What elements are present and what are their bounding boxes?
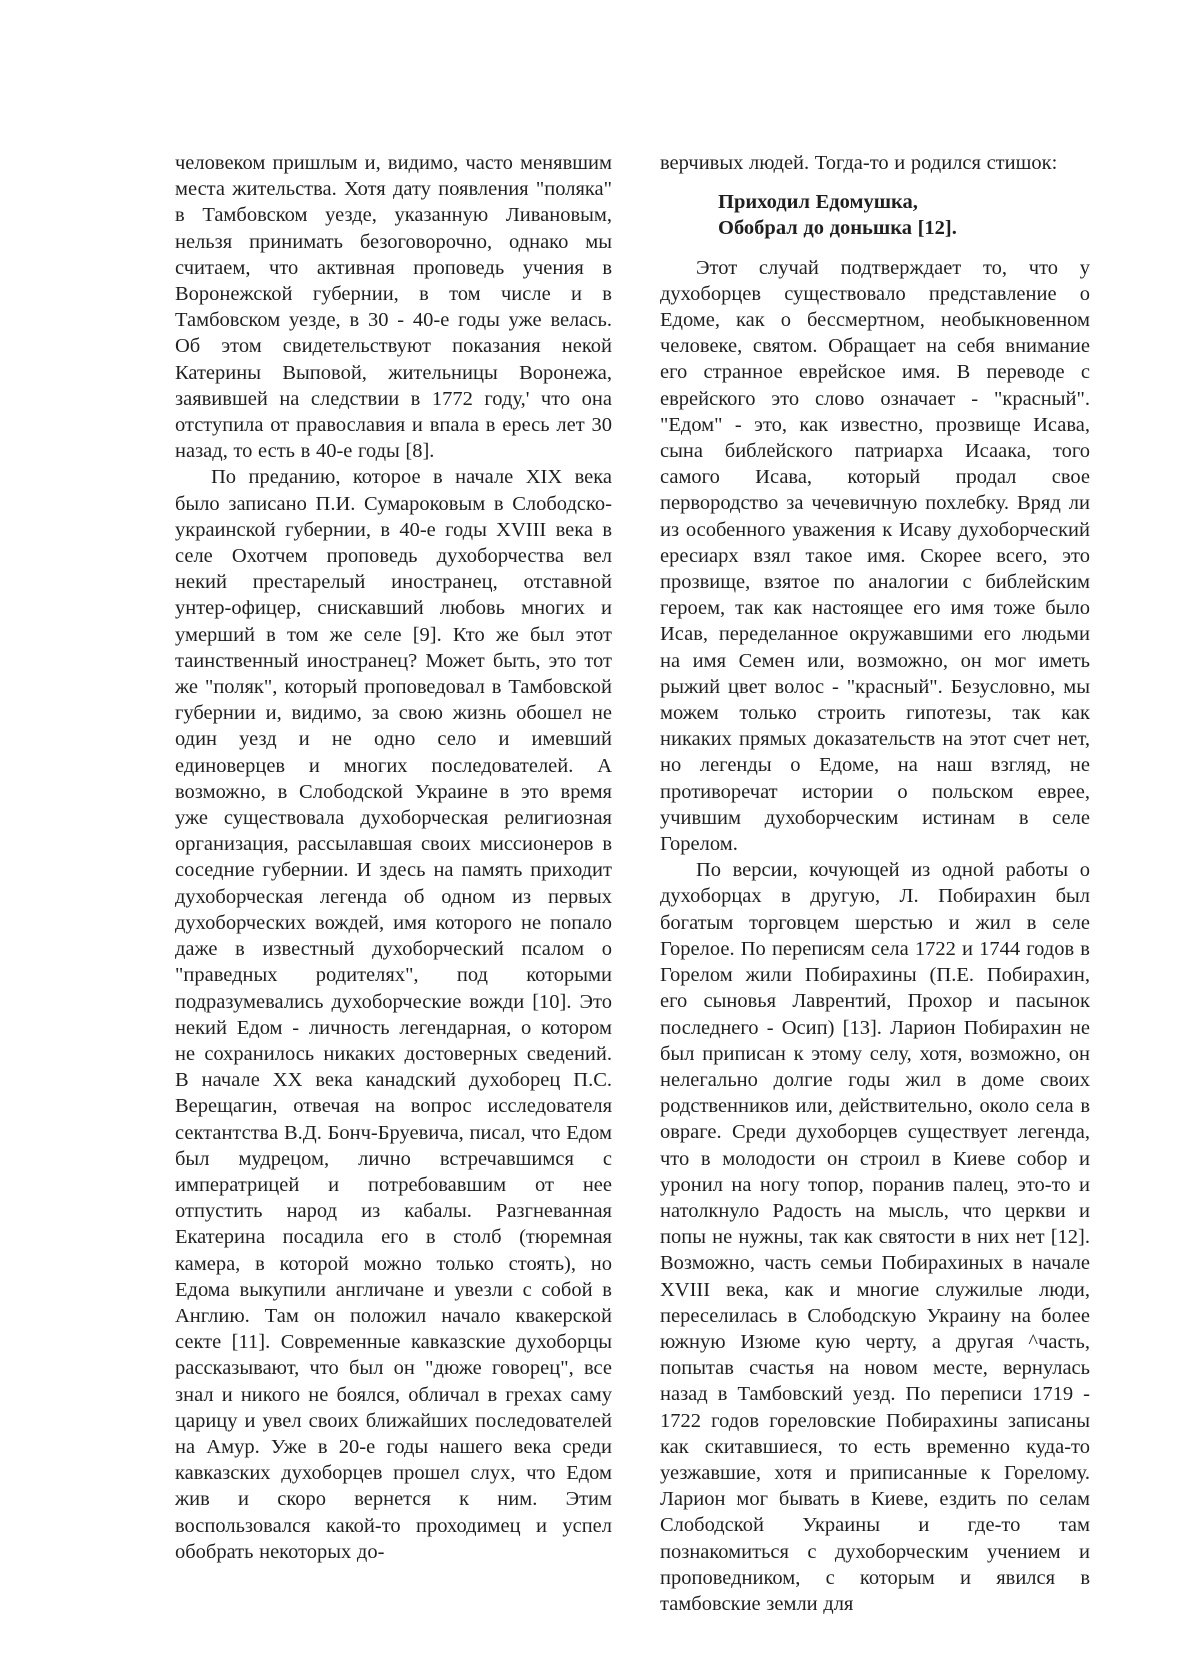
right-paragraph-pobirahin: По версии, кочующей из одной работы о ду…: [660, 857, 1090, 1617]
verse-block: Приходил Едомушка, Обобрал до доньшка [1…: [718, 189, 1090, 241]
scanned-page: человеком пришлым и, видимо, часто меняв…: [0, 0, 1177, 1663]
left-paragraph-tradition: По преданию, которое в начале XIX века б…: [175, 464, 612, 1565]
right-text-column: верчивых людей. Тогда-то и родился стишо…: [660, 150, 1090, 1617]
right-paragraph-lead: верчивых людей. Тогда-то и родился стишо…: [660, 150, 1090, 176]
right-paragraph-edom: Этот случай подтверждает то, что у духоб…: [660, 255, 1090, 858]
left-paragraph-continuation: человеком пришлым и, видимо, часто меняв…: [175, 150, 612, 464]
verse-line-2: Обобрал до доньшка [12].: [718, 215, 1090, 241]
left-text-column: человеком пришлым и, видимо, часто меняв…: [175, 150, 612, 1565]
verse-line-1: Приходил Едомушка,: [718, 189, 1090, 215]
